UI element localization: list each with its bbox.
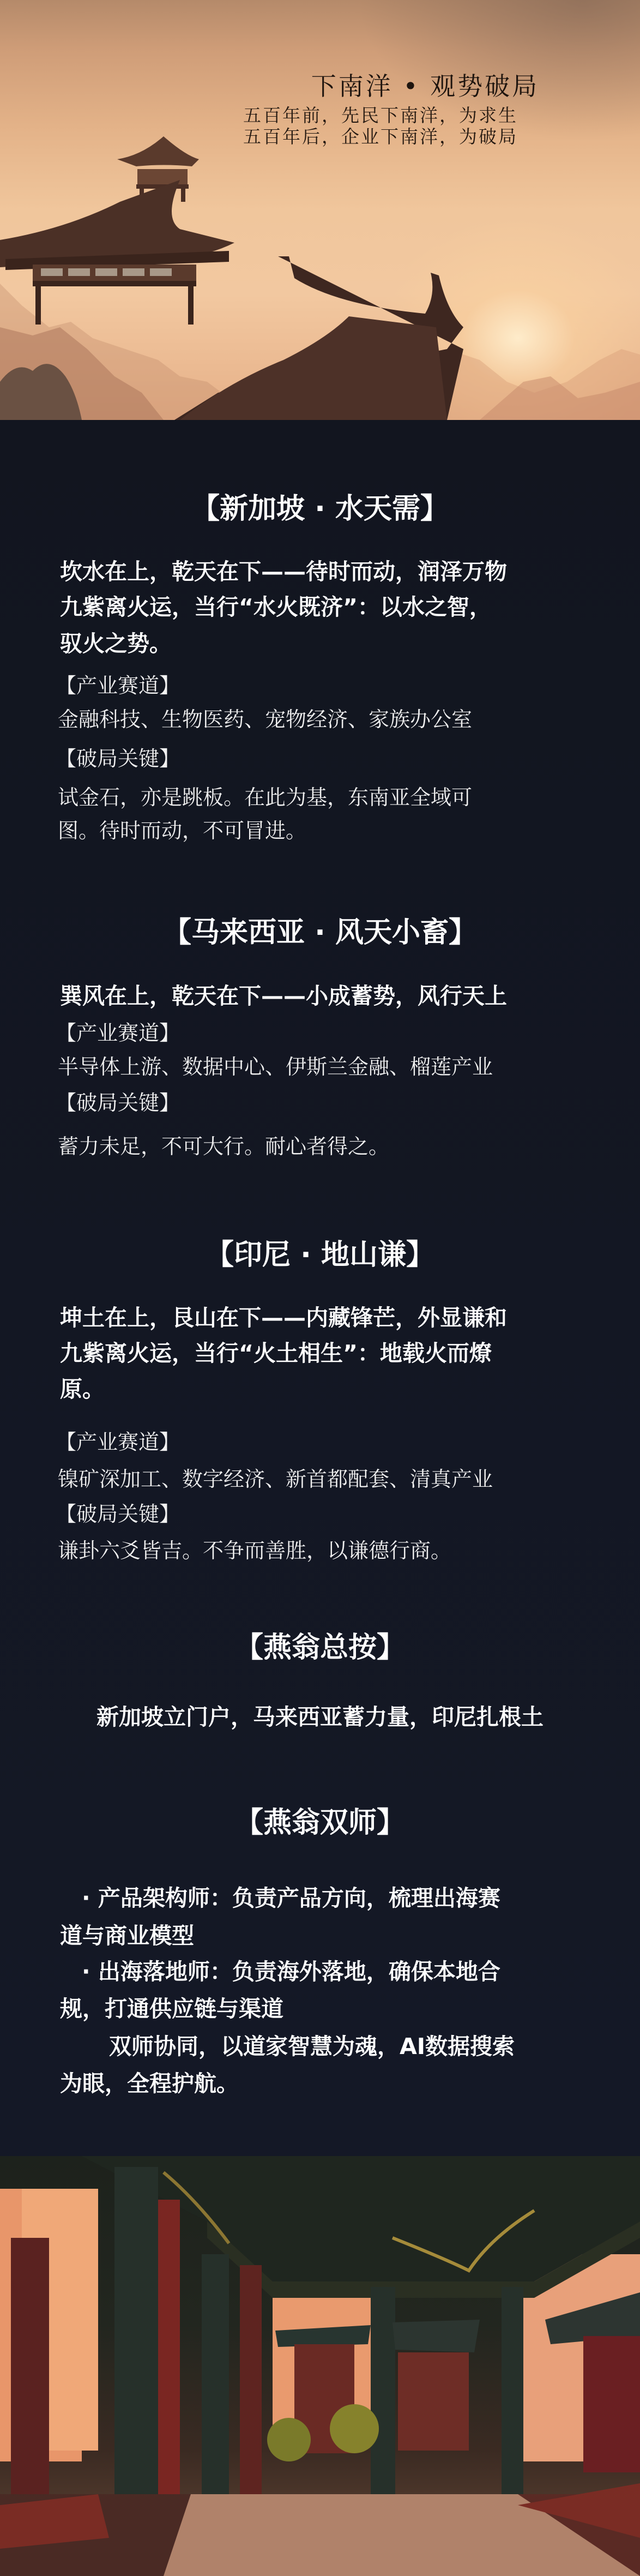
large-pagoda bbox=[0, 180, 234, 325]
section-heading-singapore: 【新加坡 · 水天需】 bbox=[0, 491, 640, 526]
indonesia-body-line-3: 原。 bbox=[60, 1373, 594, 1406]
section-heading-malaysia: 【马来西亚 · 风天小畜】 bbox=[0, 915, 640, 950]
pagoda-mountain-illustration bbox=[0, 0, 640, 420]
singapore-body-line-1: 坎水在上，乾天在下——待时而动，润泽万物 bbox=[60, 555, 594, 588]
palace-interior-illustration bbox=[0, 2156, 640, 2576]
indonesia-body-line-1: 坤土在上，艮山在下——内藏锋芒，外显谦和 bbox=[60, 1301, 594, 1334]
indonesia-body-line-2: 九紫离火运，当行“火土相生”：地载火而燎 bbox=[60, 1337, 594, 1370]
hero-banner: 下南洋 • 观势破局 五百年前，先民下南洋，为求生 五百年后，企业下南洋，为破局 bbox=[0, 0, 640, 420]
indonesia-industries: 镍矿深加工、数字经济、新首都配套、清真产业 bbox=[58, 1465, 608, 1493]
singapore-body-line-2: 九紫离火运，当行“水火既济”：以水之智， bbox=[60, 591, 594, 623]
master-landing-specialist-line-2: 规，打通供应链与渠道 bbox=[60, 1992, 594, 2025]
malaysia-key-label: 【破局关键】 bbox=[56, 1089, 590, 1117]
indonesia-key-line-1: 谦卦六爻皆吉。不争而善胜，以谦德行商。 bbox=[58, 1536, 608, 1565]
foreground-roof bbox=[174, 256, 463, 420]
hero-title: 下南洋 • 观势破局 bbox=[283, 67, 567, 103]
masters-closing-line-1: 双师协同，以道家智慧为魂，AI数据搜索 bbox=[109, 2030, 594, 2063]
masters-closing-line-2: 为眼，全程护航。 bbox=[60, 2067, 594, 2100]
section-heading-indonesia: 【印尼 · 地山谦】 bbox=[0, 1238, 640, 1272]
hero-subtitle-line-2: 五百年后，企业下南洋，为破局 bbox=[243, 123, 614, 148]
singapore-key-label: 【破局关键】 bbox=[56, 744, 590, 773]
singapore-key-line-1: 试金石，亦是跳板。在此为基，东南亚全域可 bbox=[58, 783, 608, 812]
malaysia-industries: 半导体上游、数据中心、伊斯兰金融、榴莲产业 bbox=[58, 1053, 608, 1081]
singapore-key-line-2: 图。待时而动，不可冒进。 bbox=[58, 816, 608, 845]
indonesia-key-label: 【破局关键】 bbox=[56, 1500, 590, 1528]
singapore-industry-label: 【产业赛道】 bbox=[56, 671, 590, 700]
malaysia-key-line-1: 蓄力未足，不可大行。耐心者得之。 bbox=[58, 1132, 608, 1161]
summary-heading: 【燕翁总按】 bbox=[0, 1630, 640, 1665]
master-product-architect-line-2: 道与商业模型 bbox=[60, 1919, 594, 1952]
masters-heading: 【燕翁双师】 bbox=[0, 1805, 640, 1840]
master-landing-specialist-line-1: · 出海落地师：负责海外落地，确保本地合 bbox=[82, 1955, 594, 1988]
malaysia-body-line-1: 巽风在上，乾天在下——小成蓄势，风行天上 bbox=[60, 980, 594, 1012]
summary-text: 新加坡立门户，马来西亚蓄力量，印尼扎根土 bbox=[0, 1701, 640, 1733]
master-product-architect-line-1: · 产品架构师：负责产品方向，梳理出海赛 bbox=[82, 1882, 594, 1914]
singapore-industries: 金融科技、生物医药、宠物经济、家族办公室 bbox=[58, 705, 608, 734]
palace-hall-image bbox=[0, 2156, 640, 2576]
malaysia-industry-label: 【产业赛道】 bbox=[56, 1019, 590, 1047]
indonesia-industry-label: 【产业赛道】 bbox=[56, 1428, 590, 1456]
singapore-body-line-3: 驭火之势。 bbox=[60, 627, 594, 660]
